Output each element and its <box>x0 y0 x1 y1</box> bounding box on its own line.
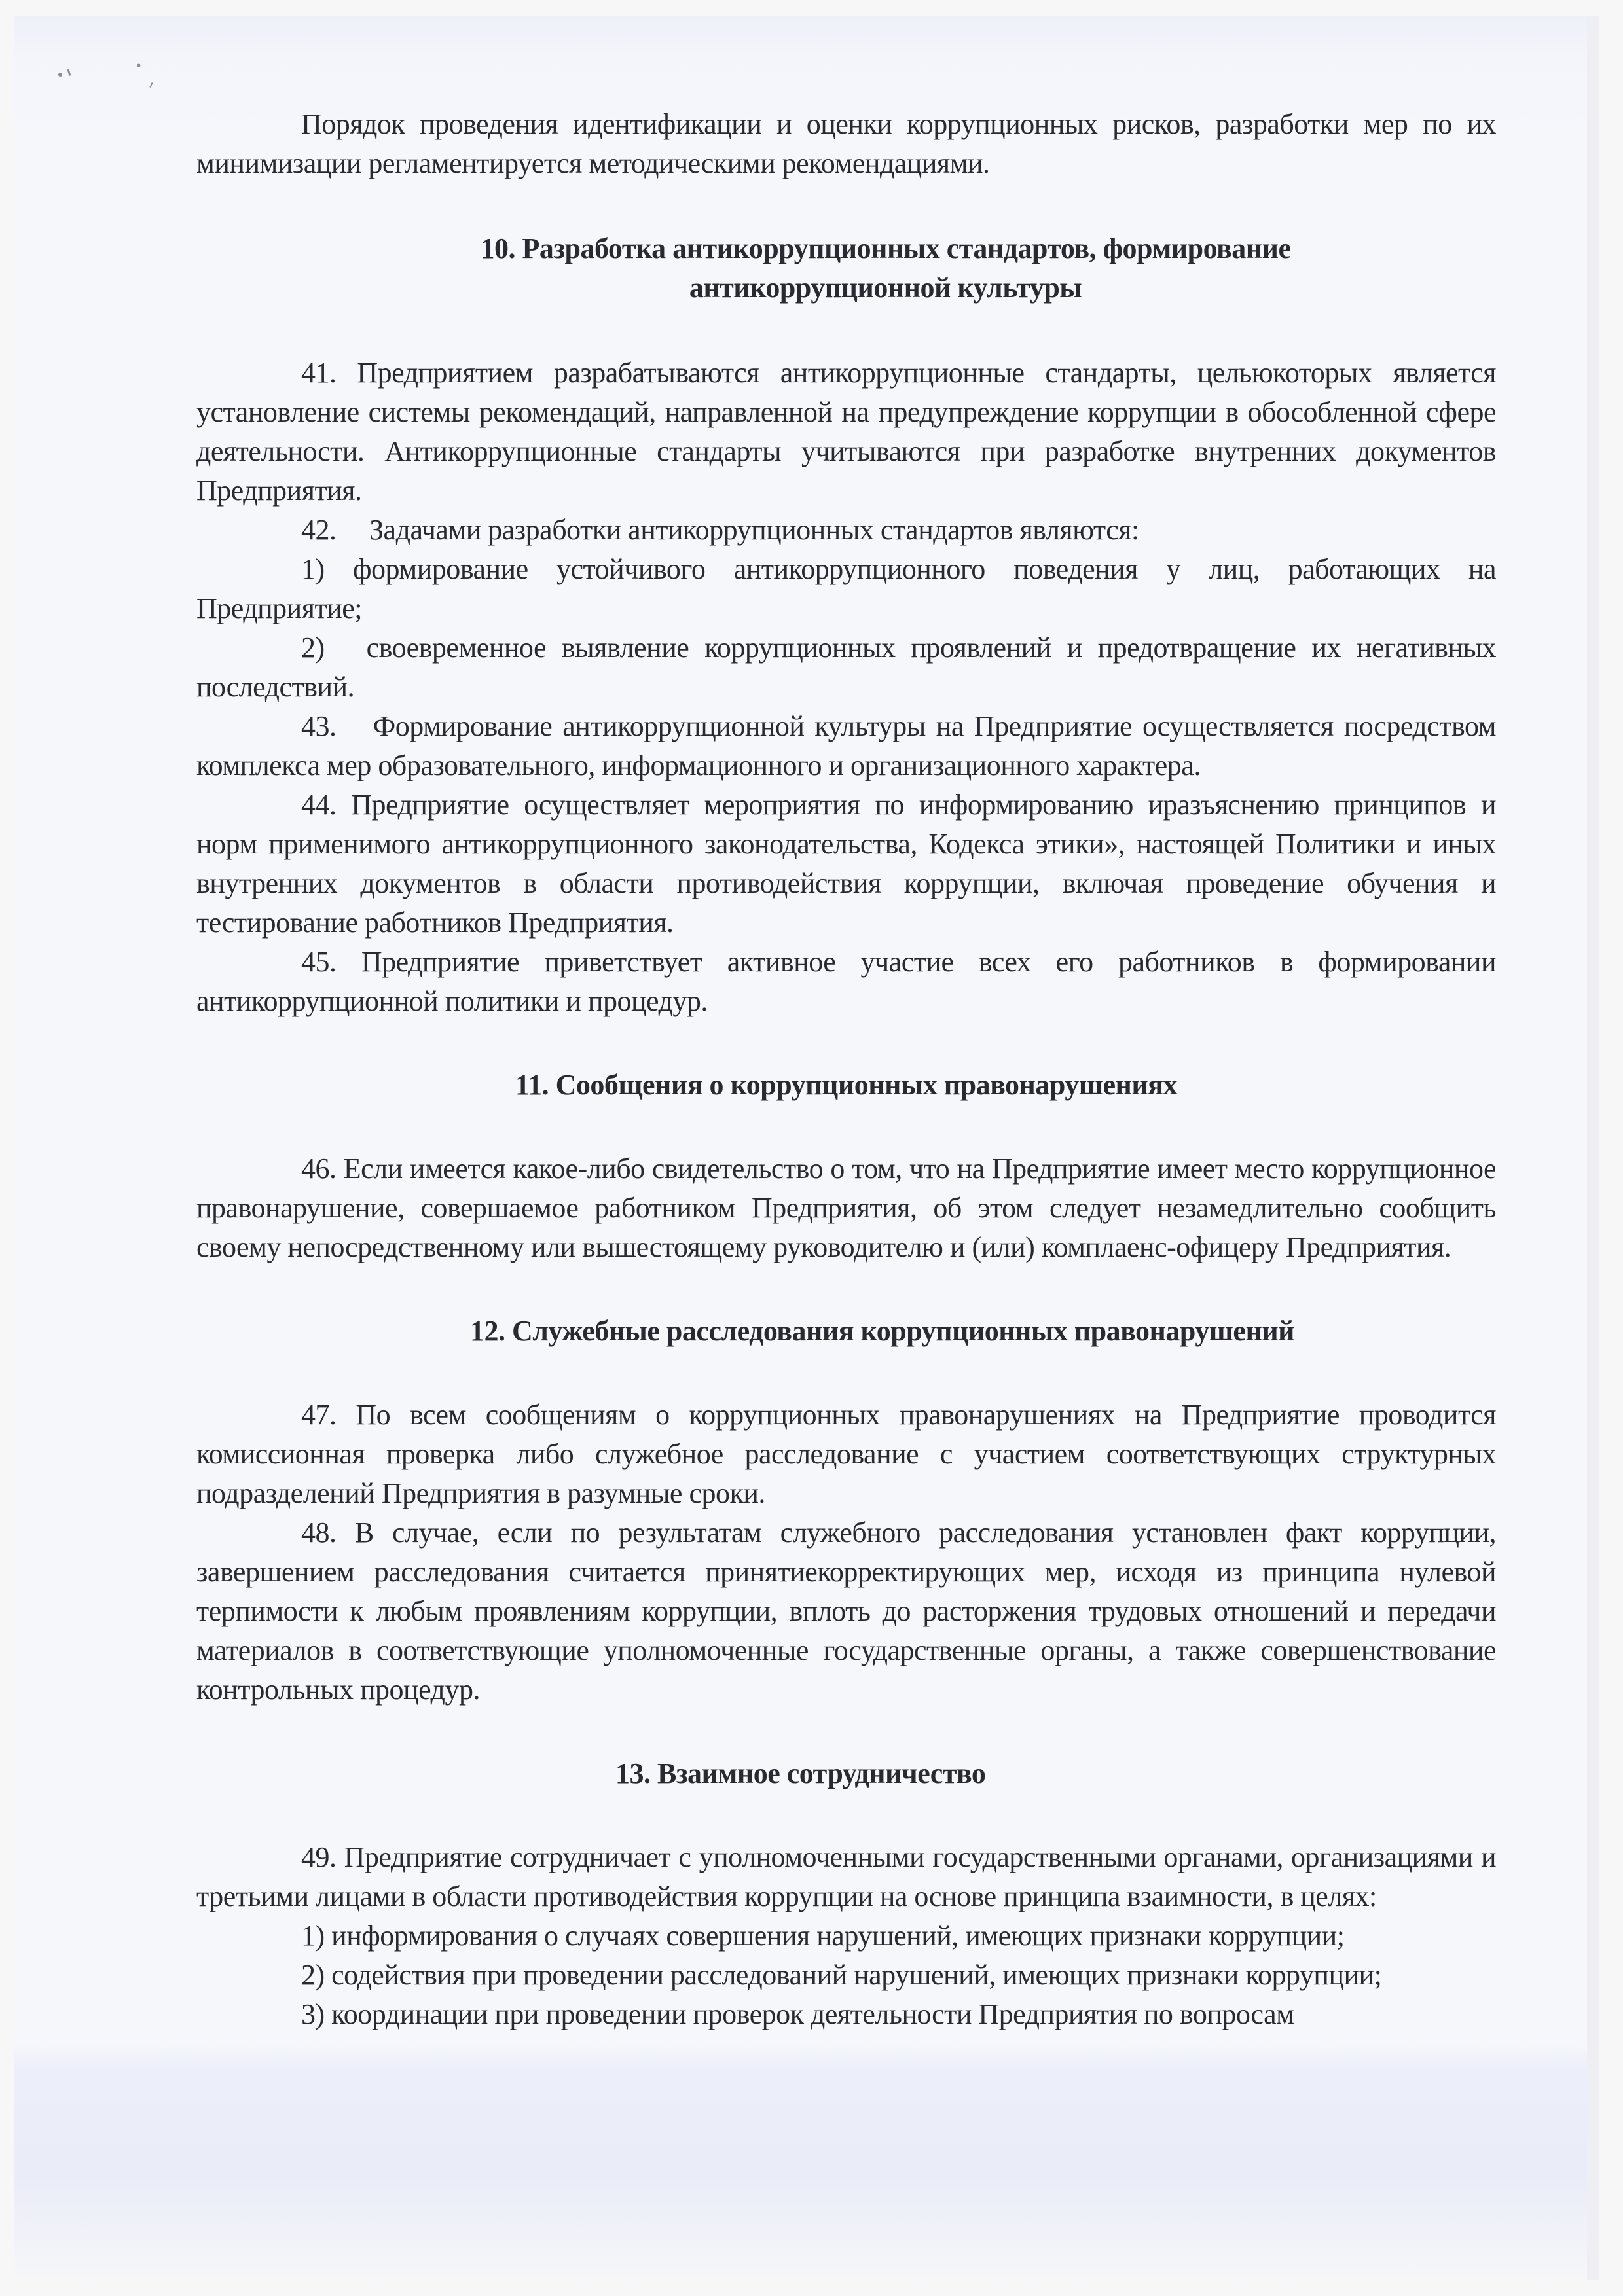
clause-42-subitem-1: 1) формирование устойчивого антикоррупци… <box>196 550 1496 628</box>
scan-speck-marks <box>14 16 211 120</box>
page-edge-shadow <box>1587 16 1599 2280</box>
subitem-text: содействия при проведении расследований … <box>331 1959 1381 1991</box>
clause-45: 45. Предприятие приветствует активное уч… <box>196 942 1496 1021</box>
section-12-heading: 12. Служебные расследования коррупционны… <box>196 1312 1496 1351</box>
clause-41: 41. Предприятием разрабатываются антикор… <box>196 353 1496 511</box>
clause-text: Формирование антикоррупционной культуры … <box>196 710 1496 781</box>
clause-text: Если имеется какое-либо свидетельство о … <box>196 1153 1496 1263</box>
clause-46: 46. Если имеется какое-либо свидетельств… <box>196 1149 1496 1267</box>
section-11-heading: 11. Сообщения о коррупционных правонаруш… <box>196 1066 1496 1105</box>
clause-number: 42. <box>301 514 337 546</box>
clause-text: Задачами разработки антикоррупционных ст… <box>369 514 1139 546</box>
subitem-number: 3) <box>301 1998 325 2030</box>
clause-number: 47. <box>301 1399 337 1431</box>
intro-paragraph: Порядок проведения идентификации и оценк… <box>196 105 1496 183</box>
clause-text: Предприятием разрабатываются антикоррупц… <box>196 357 1496 507</box>
clause-text: В случае, если по результатам служебного… <box>196 1516 1496 1706</box>
subitem-text: формирование устойчивого антикоррупционн… <box>196 553 1496 624</box>
section-13-heading: 13. Взаимное сотрудничество <box>196 1754 1496 1793</box>
subitem-number: 1) <box>301 553 325 585</box>
clause-number: 41. <box>301 357 337 389</box>
clause-number: 45. <box>301 946 337 978</box>
clause-text: По всем сообщениям о коррупционных право… <box>196 1399 1496 1509</box>
clause-text: Предприятие сотрудничает с уполномоченны… <box>196 1841 1496 1912</box>
clause-number: 44. <box>301 789 337 821</box>
clause-47: 47. По всем сообщениям о коррупционных п… <box>196 1395 1496 1513</box>
clause-49-subitem-2: 2) содействия при проведении расследован… <box>196 1956 1496 1995</box>
subitem-text: координации при проведении проверок деят… <box>331 1998 1294 2030</box>
document-body: Порядок проведения идентификации и оценк… <box>196 105 1496 2034</box>
clause-48: 48. В случае, если по результатам служеб… <box>196 1513 1496 1710</box>
clause-42: 42. Задачами разработки антикоррупционны… <box>196 511 1496 550</box>
clause-49-subitem-3: 3) координации при проведении проверок д… <box>196 1995 1496 2034</box>
clause-number: 43. <box>301 710 337 742</box>
section-10-heading: 10. Разработка антикоррупционных стандар… <box>196 229 1496 308</box>
clause-number: 46. <box>301 1153 337 1185</box>
clause-text: Предприятие приветствует активное участи… <box>196 946 1496 1017</box>
subitem-text: информирования о случаях совершения нару… <box>331 1920 1344 1952</box>
clause-44: 44. Предприятие осуществляет мероприятия… <box>196 785 1496 942</box>
clause-43: 43. Формирование антикоррупционной культ… <box>196 707 1496 785</box>
clause-49: 49. Предприятие сотрудничает с уполномоч… <box>196 1838 1496 1916</box>
clause-text: Предприятие осуществляет мероприятия по … <box>196 789 1496 939</box>
clause-42-subitem-2: 2) своевременное выявление коррупционных… <box>196 628 1496 707</box>
section-10-heading-line2: антикоррупционной культуры <box>689 272 1082 304</box>
clause-number: 48. <box>301 1516 337 1549</box>
clause-number: 49. <box>301 1841 337 1873</box>
subitem-number: 1) <box>301 1920 325 1952</box>
clause-49-subitem-1: 1) информирования о случаях совершения н… <box>196 1916 1496 1956</box>
subitem-number: 2) <box>301 632 325 664</box>
subitem-number: 2) <box>301 1959 325 1991</box>
subitem-text: своевременное выявление коррупционных пр… <box>196 632 1496 703</box>
section-10-heading-line1: 10. Разработка антикоррупционных стандар… <box>480 232 1290 264</box>
